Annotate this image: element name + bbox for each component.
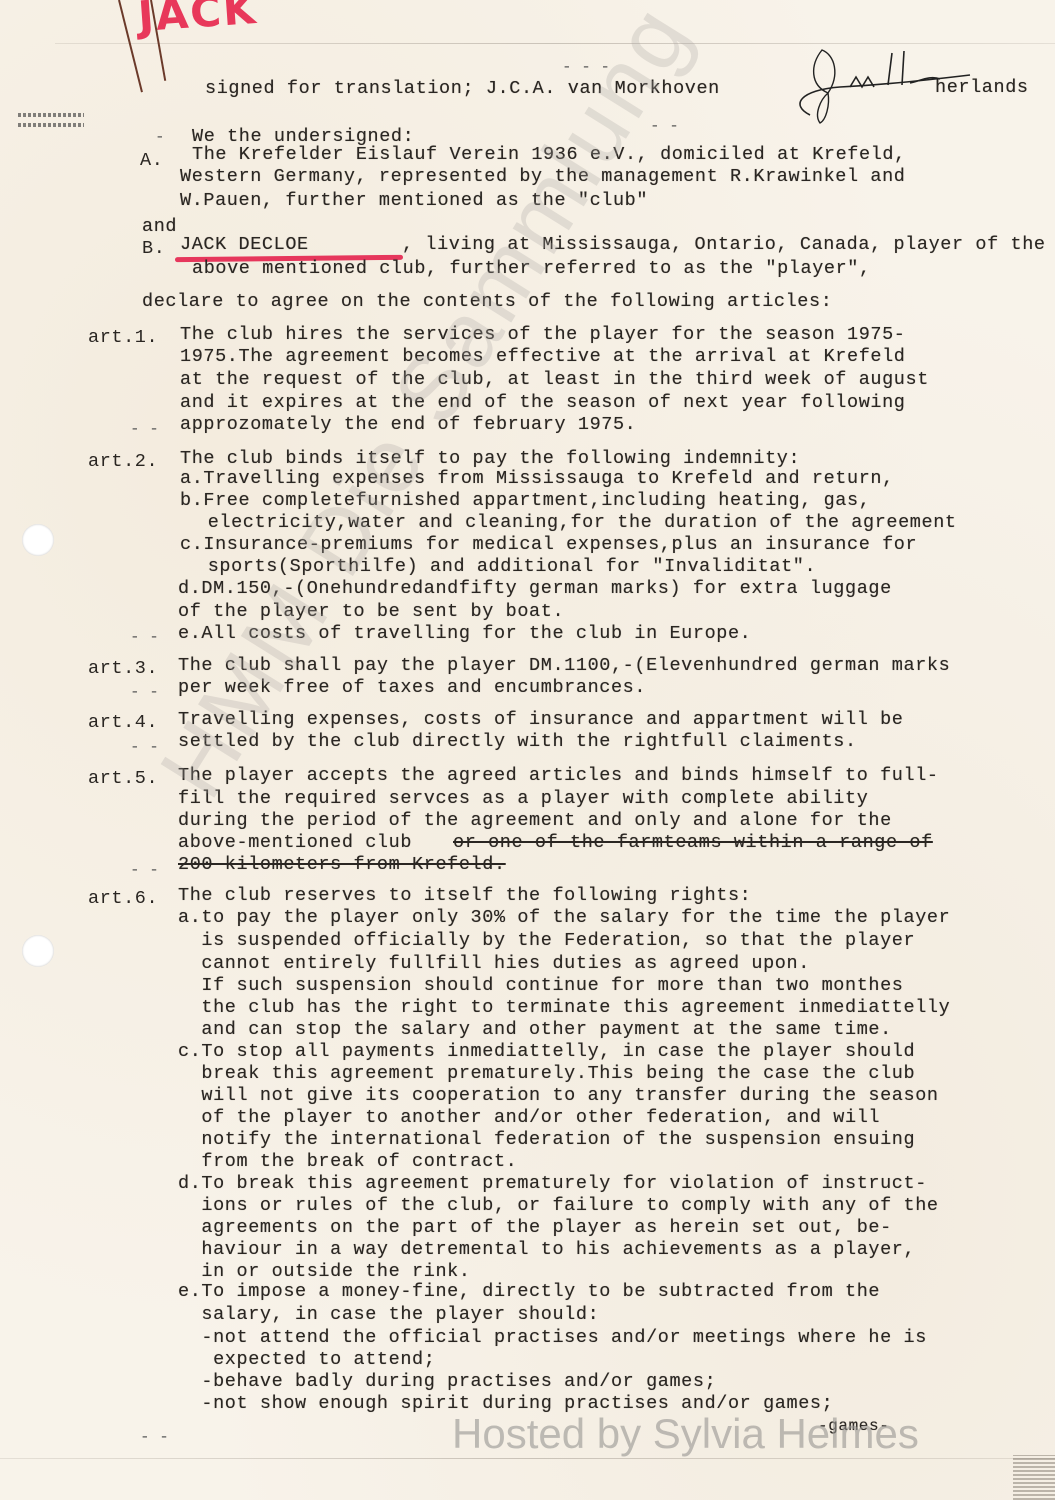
- article-line: is suspended officially by the Federatio…: [178, 932, 915, 951]
- article-line: c.To stop all payments inmediattelly, in…: [178, 1043, 915, 1062]
- article-line: will not give its cooperation to any tra…: [178, 1087, 939, 1106]
- article-line: a.to pay the player only 30% of the sala…: [178, 909, 950, 928]
- dash-mark: -: [155, 128, 165, 146]
- article-label: art.1.: [88, 329, 158, 348]
- article-line: 1975.The agreement becomes effective at …: [180, 348, 906, 367]
- article-line: break this agreement prematurely.This be…: [178, 1065, 915, 1084]
- party-b-name: JACK DECLOE: [180, 236, 309, 255]
- punch-hole-bottom: [22, 935, 54, 967]
- article-line: at the request of the club, at least in …: [180, 371, 929, 390]
- article-line: of the player to another and/or other fe…: [178, 1109, 880, 1128]
- article-line: notify the international federation of t…: [178, 1131, 915, 1150]
- article-line: If such suspension should continue for m…: [178, 977, 904, 996]
- article-line: The club reserves to itself the followin…: [178, 887, 751, 906]
- dash-mark: - -: [130, 683, 159, 701]
- article-line: -not attend the official practises and/o…: [178, 1329, 927, 1348]
- article-line: a.Travelling expenses from Mississauga t…: [180, 470, 894, 489]
- watermark-hosted-by: Hosted by Sylvia Helmes: [452, 1410, 919, 1458]
- article-line: settled by the club directly with the ri…: [178, 733, 857, 752]
- article-line: cannot entirely fullfill hies duties as …: [178, 955, 810, 974]
- signature-icon: [780, 45, 980, 125]
- party-a-label: A.: [140, 152, 163, 171]
- struck-text: 200 kilometers from Krefeld.: [178, 856, 506, 875]
- article-line: expected to attend;: [178, 1351, 435, 1370]
- article-line: d.To break this agreement prematurely fo…: [178, 1175, 927, 1194]
- dash-mark: - -: [140, 1428, 169, 1446]
- article-line: e.To impose a money-fine, directly to be…: [178, 1283, 880, 1302]
- article-label: art.3.: [88, 660, 158, 679]
- article-line: ions or rules of the club, or failure to…: [178, 1197, 939, 1216]
- party-b-label: B.: [142, 240, 165, 259]
- article-line: haviour in a way detremental to his achi…: [178, 1241, 915, 1260]
- dash-mark: - -: [130, 628, 159, 646]
- article-line: during the period of the agreement and o…: [178, 812, 892, 831]
- fold-line-top: [55, 43, 1055, 44]
- article-label: art.2.: [88, 453, 158, 472]
- edge-smudge: [1013, 1455, 1055, 1500]
- article-line: b.Free completefurnished appartment,incl…: [180, 492, 870, 511]
- margin-stamp: [18, 113, 84, 133]
- article-line: The player accepts the agreed articles a…: [178, 767, 939, 786]
- article-line: the club has the right to terminate this…: [178, 999, 950, 1018]
- fold-line-bottom: [0, 1458, 1055, 1459]
- article-line: The club binds itself to pay the followi…: [180, 450, 800, 469]
- article-line: -behave badly during practises and/or ga…: [178, 1373, 716, 1392]
- punch-hole-top: [22, 524, 54, 556]
- article-label: art.6.: [88, 890, 158, 909]
- article-line: and can stop the salary and other paymen…: [178, 1021, 892, 1040]
- article-line: salary, in case the player should:: [178, 1306, 599, 1325]
- article-label: art.4.: [88, 714, 158, 733]
- article-label: art.5.: [88, 770, 158, 789]
- article-line: and it expires at the end of the season …: [180, 394, 906, 413]
- article-line: agreements on the part of the player as …: [178, 1219, 892, 1238]
- article-line: fill the required servces as a player wi…: [178, 790, 868, 809]
- article-line: from the break of contract.: [178, 1153, 517, 1172]
- dash-mark: - -: [130, 420, 159, 438]
- struck-text: or one of the farmteams within a range o…: [453, 834, 933, 853]
- dash-mark: - -: [130, 861, 159, 879]
- article-line: above-mentioned club: [178, 834, 424, 853]
- article-line: The club hires the services of the playe…: [180, 326, 906, 345]
- and-connector: and: [142, 218, 177, 237]
- article-line: in or outside the rink.: [178, 1263, 471, 1282]
